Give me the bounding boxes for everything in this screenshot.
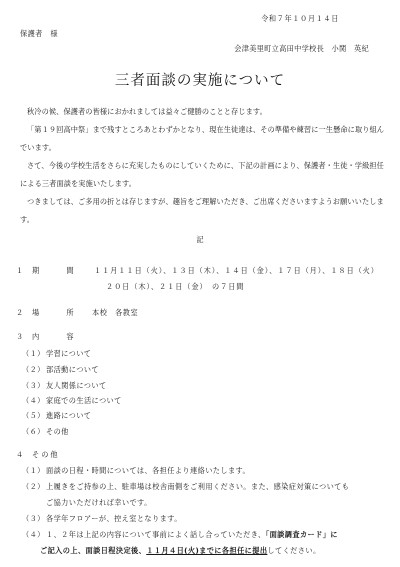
section-label: 場 所 [32, 309, 92, 316]
paragraph-festival: 「第１９回高中祭」まで残すところあとわずかとなり、現在生徒達は、その準備や練習に… [20, 121, 385, 157]
list-item: （１）学習について [22, 350, 91, 357]
recipient: 保護者 様 [20, 30, 58, 37]
section-label: 内 容 [32, 333, 94, 340]
paragraph-purpose: さて、今後の学校生活をさらに充実したものにしていくために、下記の計画により、保護… [20, 157, 385, 193]
body-text: 秋冷の候、保護者の皆様におかれましては益々ご健勝のことと存じます。 「第１９回高… [20, 103, 385, 229]
period-dates-line2: ２０日（木）、２１日（金） の７日間 [106, 283, 244, 290]
section-label: その他 [32, 450, 60, 459]
section-label: 期 間 [32, 267, 94, 274]
list-item: （３）各学年フロアーが、控え室となります。 [22, 515, 182, 522]
place-value: 本校 各教室 [92, 308, 138, 317]
section-period: １期 間１１月１１日（火）、１３日（木）、１４日（金）、１７日（月）、１８日（火… [16, 267, 379, 274]
page-title: 三者面談の実施について [0, 74, 400, 89]
list-item-continuation: ご協力いただければ幸いです。 [46, 499, 152, 506]
section-content: ３内 容 [16, 333, 94, 340]
deadline-emphasis: １１月４日(火)までに各担任に提出 [146, 546, 267, 555]
section-number: ２ [16, 309, 32, 316]
issue-date: 令和７年１０月１４日 [261, 15, 339, 22]
list-item: （４）１、２年は上記の内容について事前によく話し合っていただき、「面談調査カード… [22, 531, 338, 538]
ki-heading: 記 [0, 236, 400, 243]
period-dates-line1: １１月１１日（火）、１３日（木）、１４日（金）、１７日（月）、１８日（火） [94, 266, 379, 275]
sender: 会津美里町立高田中学校長 小関 英紀 [234, 45, 369, 52]
section-number: ４ [16, 451, 32, 458]
list-item-continuation: ご記入の上、面談日程決定後、１１月４日(火)までに各担任に提出してください。 [40, 547, 321, 554]
list-item: （４）家庭での生活について [22, 397, 122, 404]
section-number: １ [16, 267, 32, 274]
paragraph-greeting: 秋冷の候、保護者の皆様におかれましては益々ご健勝のことと存じます。 [20, 103, 385, 121]
list-item: （１）面談の日程・時間については、各担任より連絡いたします。 [22, 467, 250, 474]
section-place: ２場 所本校 各教室 [16, 309, 138, 316]
survey-card-emphasis: 「面談調査カード」に [266, 530, 338, 539]
section-other: ４その他 [16, 451, 60, 458]
section-number: ３ [16, 333, 32, 340]
list-item: （３）友人関係について [22, 382, 107, 389]
list-item: （６）その他 [22, 428, 69, 435]
list-item: （５）進路について [22, 412, 91, 419]
paragraph-request: つきましては、ご多用の折とは存じますが、趣旨をご理解いただき、ご出席くださいます… [20, 193, 385, 229]
list-item: （２）上履きをご持参の上、駐車場は校舎南側をご利用ください。また、感染症対策につ… [22, 483, 349, 490]
list-item: （２）部活動について [22, 366, 99, 373]
